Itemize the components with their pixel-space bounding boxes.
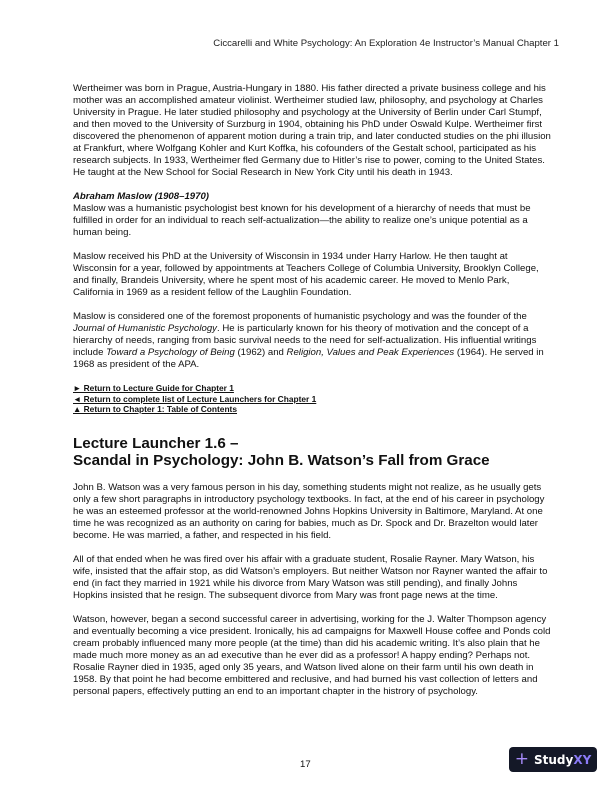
badge-label: StudyXY [534, 753, 591, 767]
running-header: Ciccarelli and White Psychology: An Expl… [213, 38, 559, 49]
maslow-paragraph-1: Maslow was a humanistic psychologist bes… [73, 203, 551, 239]
badge-text-study: Study [534, 753, 573, 767]
navigation-links: ► Return to Lecture Guide for Chapter 1 … [73, 383, 551, 415]
watson-paragraph-3: Watson, however, began a second successf… [73, 614, 551, 698]
text-run: Maslow is considered one of the foremost… [73, 311, 527, 322]
studyxy-badge[interactable]: + StudyXY [509, 747, 597, 772]
maslow-paragraph-2: Maslow received his PhD at the Universit… [73, 251, 551, 299]
plus-icon: + [515, 751, 529, 768]
wertheimer-paragraph: Wertheimer was born in Prague, Austria-H… [73, 83, 551, 179]
page-content: Wertheimer was born in Prague, Austria-H… [73, 83, 551, 710]
maslow-heading: Abraham Maslow (1908–1970) [73, 191, 551, 203]
book-title: Toward a Psychology of Being [106, 347, 235, 358]
maslow-paragraph-3: Maslow is considered one of the foremost… [73, 311, 551, 371]
journal-title: Journal of Humanistic Psychology [73, 323, 217, 334]
watson-paragraph-1: John B. Watson was a very famous person … [73, 482, 551, 542]
return-lecture-guide-link[interactable]: ► Return to Lecture Guide for Chapter 1 [73, 383, 551, 394]
badge-text-xy: XY [573, 753, 591, 767]
book-title: Religion, Values and Peak Experiences [287, 347, 455, 358]
page-number: 17 [300, 759, 311, 770]
section-title: Lecture Launcher 1.6 –Scandal in Psychol… [73, 435, 551, 470]
return-table-of-contents-link[interactable]: ▲ Return to Chapter 1: Table of Contents [73, 404, 551, 415]
section-title-line-1: Lecture Launcher 1.6 – [73, 435, 238, 452]
watson-paragraph-2: All of that ended when he was fired over… [73, 554, 551, 602]
text-run: (1962) and [235, 347, 287, 358]
return-lecture-launchers-link[interactable]: ◄ Return to complete list of Lecture Lau… [73, 394, 551, 405]
section-title-line-2: Scandal in Psychology: John B. Watson’s … [73, 452, 490, 469]
